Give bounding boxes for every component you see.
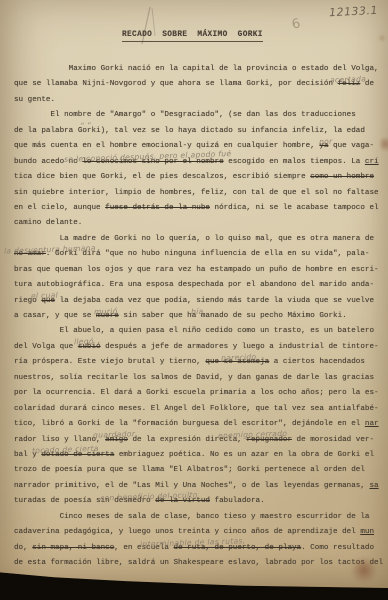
- typed-line: El nombre de "Amargo" o "Desgraciado", (…: [14, 108, 383, 123]
- typed-text: a ciertos hacendados: [269, 358, 365, 366]
- typed-line: trozo de poesía pura que se llama "El Al…: [14, 463, 383, 478]
- typed-line: Maximo Gorki nació en la capital de la p…: [14, 62, 383, 77]
- struck-text: lo conocimos sino por el nombrese le con…: [82, 158, 223, 166]
- typed-text: mun: [360, 528, 374, 536]
- struck-text: sin mapa, ni banco: [32, 544, 114, 552]
- typed-text: embriaguez poética. No es un azar en la …: [114, 451, 374, 459]
- typed-text: . Como resultado: [301, 544, 374, 552]
- typed-text: por la ocurrencia. El dará a Gorki escue…: [14, 389, 379, 397]
- struck-text: repugnadorenemigo cerrado: [246, 436, 292, 444]
- typed-line: ría próspera. Este viejo brutal y tierno…: [14, 355, 383, 370]
- typed-text: tico, libró a Gorki de la "formación bur…: [14, 420, 365, 428]
- handwritten-annotation: tocado de cierta: [32, 441, 99, 459]
- pencil-strokes-decoration: [118, 2, 178, 52]
- small-stain-decoration: [378, 34, 386, 42]
- typed-text: bras que queman los ojos y que rara vez …: [14, 266, 379, 274]
- typed-line: camino delante.: [14, 216, 383, 231]
- handwritten-annotation: bía: [191, 303, 204, 319]
- typed-line: tica dice bien que Gorki, el de pies des…: [14, 170, 383, 185]
- typed-text: colaridad durará cinco meses. El Angel d…: [14, 405, 379, 413]
- struck-text: de ruta, de puerto, de playainterminable…: [174, 544, 302, 552]
- typed-text: sin quiebre interior, limpio de hombres,…: [14, 189, 379, 197]
- typed-text: camino delante.: [14, 219, 82, 227]
- typed-text: nuestros, solía recitarle los salmos de …: [14, 374, 374, 382]
- struck-text: amigoguardador: [105, 436, 128, 444]
- struck-text: mueremurió: [96, 312, 119, 320]
- handwritten-annotation: murió: [94, 303, 118, 319]
- typed-text: sin saber que ha: [119, 312, 201, 320]
- document-body: Maximo Gorki nació en la capital de la p…: [14, 62, 383, 571]
- typed-line: nuestros, solía recitarle los salmos de …: [14, 371, 383, 386]
- typed-text: Maximo Gorki nació en la capital de la p…: [14, 65, 379, 73]
- typed-text: Cinco meses de sala de clase, banco ties…: [14, 513, 369, 521]
- typed-line: sin quiebre interior, limpio de hombres,…: [14, 186, 383, 201]
- typed-text: de esta formación libre, saldrá un Shake…: [14, 559, 383, 567]
- typed-line: su gente.: [14, 93, 383, 108]
- typed-line: de esta formación libre, saldrá un Shake…: [14, 556, 383, 571]
- typed-text: tica dice bien que Gorki, el de pies des…: [14, 173, 310, 181]
- typed-text: fabuladora.: [210, 497, 265, 505]
- handwritten-annotation: parecido: [221, 349, 257, 366]
- typed-line: tico, libró a Gorki de la "formación bur…: [14, 417, 383, 432]
- typed-line: a casar, y que se mueremurió sin saber q…: [14, 309, 383, 324]
- archive-number-handwritten: 12133.1: [329, 4, 379, 20]
- typed-text: do,: [14, 544, 32, 552]
- typed-text: de su pecho Máximo Gorki.: [228, 312, 346, 320]
- typed-text: crí: [365, 158, 379, 166]
- manuscript-page: 12133.1 6 RECADO SOBRE MÁXIMO GORKI Maxi…: [0, 0, 388, 600]
- pencil-corner-mark: 6: [290, 16, 302, 33]
- struck-text: no amarla desventura humana: [14, 250, 46, 258]
- edge-stain-decoration: [380, 134, 388, 154]
- typed-text: de morosidad ver-: [292, 436, 374, 444]
- typed-text: que vaga-: [328, 142, 374, 150]
- typed-text: a casar, y que se: [14, 312, 96, 320]
- typed-line: no amarla desventura humana. Gorki dirá …: [14, 247, 383, 262]
- typed-text: trozo de poesía pura que se llama "El Al…: [14, 466, 365, 474]
- typed-text: manadobía: [201, 312, 228, 320]
- scanned-manuscript-photo: 12133.1 6 RECADO SOBRE MÁXIMO GORKI Maxi…: [0, 0, 388, 600]
- typed-text: tura autobiográfica. Era una esposa desp…: [14, 281, 374, 289]
- struck-text: felizacertada: [338, 80, 361, 88]
- typed-line: do, sin mapa, ni banco, en escuela de ru…: [14, 541, 383, 556]
- document-title: RECADO SOBRE MÁXIMO GORKI: [122, 31, 263, 42]
- typed-line: bras que queman los ojos y que rara vez …: [14, 263, 383, 278]
- typed-text: que se llamaba Nijni-Novgorod y que ahor…: [14, 80, 338, 88]
- struck-text: que se asemejaparecido: [205, 358, 269, 366]
- bottom-stain-decoration: [348, 558, 380, 582]
- typed-text: escogido en malos tiempos. La: [224, 158, 365, 166]
- typed-line: bundo acedo no lo conocimos sino por el …: [14, 155, 383, 170]
- typed-text: Gorki“ ”: [78, 127, 101, 135]
- typed-text: El nombre de "Amargo" o "Desgraciado", (…: [14, 111, 356, 119]
- typed-line: turadas de poesía sin desmedro de la vir…: [14, 494, 383, 509]
- typed-line: Cinco meses de sala de clase, banco ties…: [14, 510, 383, 525]
- struck-text: como un hombre: [310, 173, 374, 181]
- typed-line: en el cielo, aunque fuese detrás de la n…: [14, 201, 383, 216]
- typed-text: en el cielo, aunque: [14, 204, 105, 212]
- typed-line: tura autobiográfica. Era una esposa desp…: [14, 278, 383, 293]
- typed-line: por la ocurrencia. El dará a Gorki escue…: [14, 386, 383, 401]
- struck-text: subióllegó: [78, 343, 101, 351]
- handwritten-annotation: con beneficio del oculto: [100, 487, 198, 506]
- typed-text: El abuelo, a quien pasa el niño cedido c…: [14, 327, 374, 335]
- struck-text: fuese detrás de la nube: [105, 204, 210, 212]
- handwritten-annotation: llegó: [74, 334, 94, 350]
- handwritten-annotation: enemigo cerrado: [218, 426, 288, 444]
- typed-text: de la palabra: [14, 127, 78, 135]
- typed-text: . Gorki dirá "que no hubo ninguna influe…: [46, 250, 370, 258]
- struck-text: dotado de ciertatocado de cierta: [41, 451, 114, 459]
- typed-line: que se llamaba Nijni-Novgorod y que ahor…: [14, 77, 383, 92]
- handwritten-annotation: “ ”: [80, 118, 92, 134]
- typed-text: su gente.: [14, 96, 55, 104]
- typed-text: ría próspera. Este viejo brutal y tierno…: [14, 358, 205, 366]
- typed-text: nórdica, ni se le acabase tampoco el: [210, 204, 379, 212]
- struck-text: de la virtudcon beneficio del oculto: [155, 497, 210, 505]
- typed-line: narrador primitivo, el de "Las Mil y Una…: [14, 479, 383, 494]
- typed-text: nar: [365, 420, 379, 428]
- struck-text: queel cual: [41, 297, 55, 305]
- typed-text: del Volga que: [14, 343, 78, 351]
- typed-line: colaridad durará cinco meses. El Angel d…: [14, 402, 383, 417]
- typed-line: bal y dotado de ciertatocado de cierta e…: [14, 448, 383, 463]
- typed-text: sa: [369, 482, 378, 490]
- typed-line: El abuelo, a quien pasa el niño cedido c…: [14, 324, 383, 339]
- handwritten-annotation: interminable de las rutas,: [139, 533, 245, 552]
- typed-line: del Volga que subióllegó después a jefe …: [14, 340, 383, 355]
- typed-text: de: [360, 80, 374, 88]
